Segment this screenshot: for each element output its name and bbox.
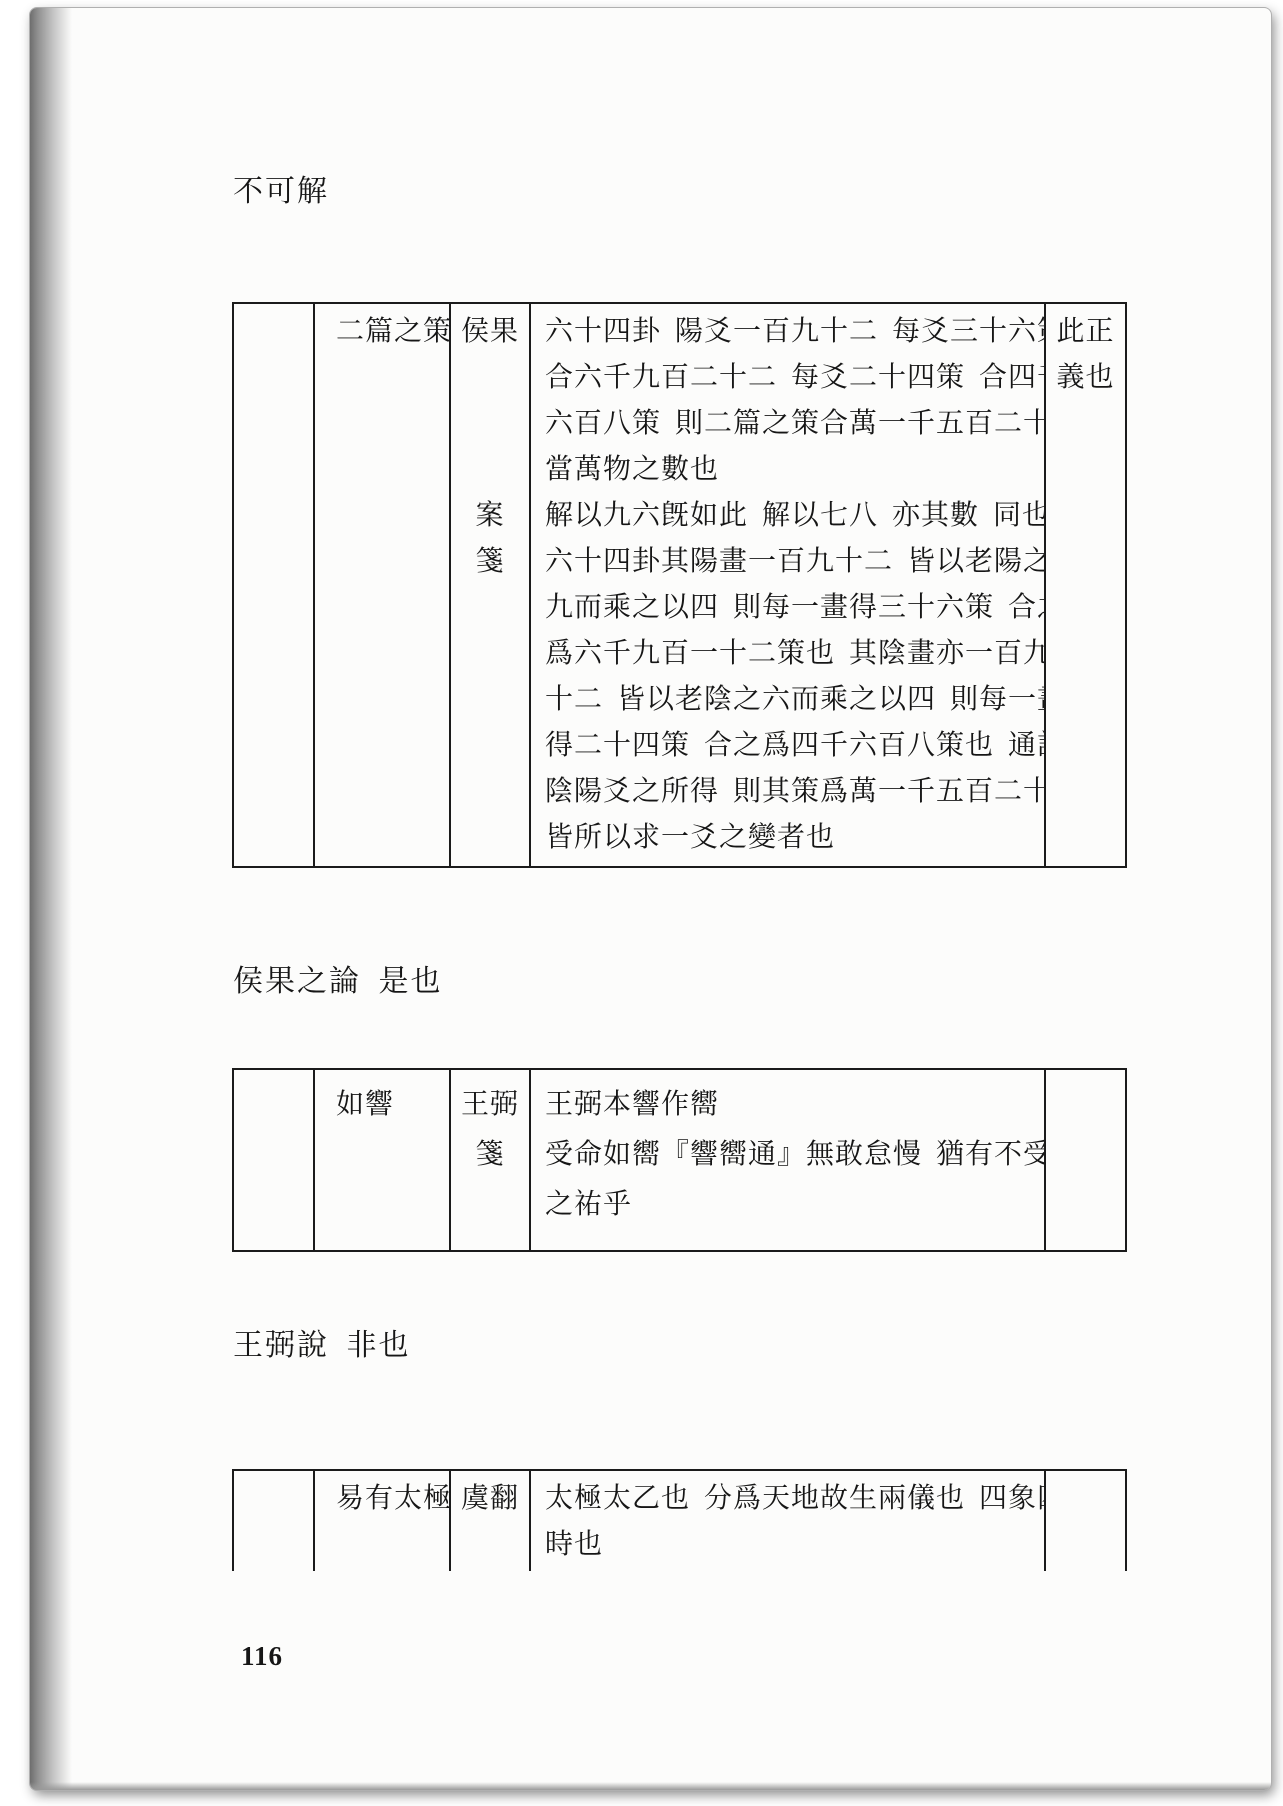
commentary-table-1: 二篇之策 侯果 案 箋 六十四卦 陽爻一百九十二 每爻三十六策 合六千九百二十二… [232, 302, 1127, 868]
table2-verdict-cell [1044, 1070, 1125, 1250]
margin-note-after-table2: 王弼說 非也 [233, 1320, 411, 1364]
table1-verdict-cell: 此正 義也 [1044, 304, 1125, 866]
table2-term: 如響 [315, 1080, 449, 1130]
table1-term: 二篇之策 [315, 309, 449, 355]
margin-note-top: 不可解 [233, 166, 329, 210]
table1-term-cell: 二篇之策 [313, 304, 449, 866]
table1-note-mark-an: 案 [451, 493, 529, 539]
margin-note-after-table1: 侯果之論 是也 [233, 956, 443, 1000]
commentary-line: 六百八策 則二篇之策合萬一千五百二十 [545, 401, 1044, 447]
table3-commentary-cell: 太極太乙也 分爲天地故生兩儀也 四象四 時也 [529, 1471, 1044, 1571]
table3-term: 易有太極 [315, 1476, 449, 1522]
screenshot-canvas: 不可解 二篇之策 侯果 案 箋 六十四卦 陽爻一百九十二 每爻三十六策 合六千九… [0, 0, 1283, 1806]
commentary-line: 受命如嚮『響嚮通』無敢怠慢 猶有不受天 [545, 1130, 1044, 1180]
table3-term-cell: 易有太極 [313, 1471, 449, 1571]
table2-commentator: 王弼 [451, 1080, 529, 1130]
commentary-line: 太極太乙也 分爲天地故生兩儀也 四象四 [545, 1476, 1044, 1522]
table2-empty-cell [234, 1070, 313, 1250]
table1-commentary-cell: 六十四卦 陽爻一百九十二 每爻三十六策 合六千九百二十二 每爻二十四策 合四千 … [529, 304, 1044, 866]
commentary-line: 六十四卦其陽畫一百九十二 皆以老陽之 [545, 539, 1044, 585]
commentary-line: 得二十四策 合之爲四千六百八策也 通計 [545, 723, 1044, 769]
commentary-line: 九而乘之以四 則每一畫得三十六策 合之 [545, 585, 1044, 631]
page-bottom-shadow [30, 1782, 1271, 1790]
table1-empty-cell [234, 304, 313, 866]
table3-empty-cell [234, 1471, 313, 1571]
table2-note-mark-jian: 箋 [451, 1130, 529, 1180]
book-spine-shadow [30, 8, 72, 1790]
commentary-line: 之祐乎 [545, 1180, 1044, 1230]
commentary-line: 當萬物之數也 [545, 447, 1044, 493]
page-number: 116 [241, 1641, 283, 1672]
commentary-line: 時也 [545, 1522, 1044, 1568]
table3-commentator: 虞翻 [451, 1476, 529, 1522]
table2-commentary-cell: 王弼本響作嚮 受命如嚮『響嚮通』無敢怠慢 猶有不受天 之祐乎 [529, 1070, 1044, 1250]
commentary-line: 十二 皆以老陰之六而乘之以四 則每一畫 [545, 677, 1044, 723]
commentary-line: 六十四卦 陽爻一百九十二 每爻三十六策 [545, 309, 1044, 355]
commentary-line: 解以九六旣如此 解以七八 亦其數 同也 [545, 493, 1044, 539]
commentary-line: 皆所以求一爻之變者也 [545, 815, 1044, 861]
commentary-line: 爲六千九百一十二策也 其陰畫亦一百九 [545, 631, 1044, 677]
scanned-book-page: 不可解 二篇之策 侯果 案 箋 六十四卦 陽爻一百九十二 每爻三十六策 合六千九… [30, 8, 1271, 1790]
table1-note-mark-jian: 箋 [451, 539, 529, 585]
table1-commentator-cell: 侯果 案 箋 [449, 304, 529, 866]
table1-commentator: 侯果 [451, 309, 529, 355]
table3-commentator-cell: 虞翻 [449, 1471, 529, 1571]
commentary-table-3: 易有太極 虞翻 太極太乙也 分爲天地故生兩儀也 四象四 時也 [232, 1469, 1127, 1571]
commentary-table-2: 如響 王弼 箋 王弼本響作嚮 受命如嚮『響嚮通』無敢怠慢 猶有不受天 之祐乎 [232, 1068, 1127, 1252]
table2-term-cell: 如響 [313, 1070, 449, 1250]
commentary-line: 王弼本響作嚮 [545, 1080, 1044, 1130]
commentary-line: 陰陽爻之所得 則其策爲萬一千五百二十 [545, 769, 1044, 815]
table3-verdict-cell [1044, 1471, 1125, 1571]
table1-verdict-line2: 義也 [1046, 355, 1125, 401]
table1-verdict-line1: 此正 [1046, 309, 1125, 355]
table2-commentator-cell: 王弼 箋 [449, 1070, 529, 1250]
commentary-line: 合六千九百二十二 每爻二十四策 合四千 [545, 355, 1044, 401]
